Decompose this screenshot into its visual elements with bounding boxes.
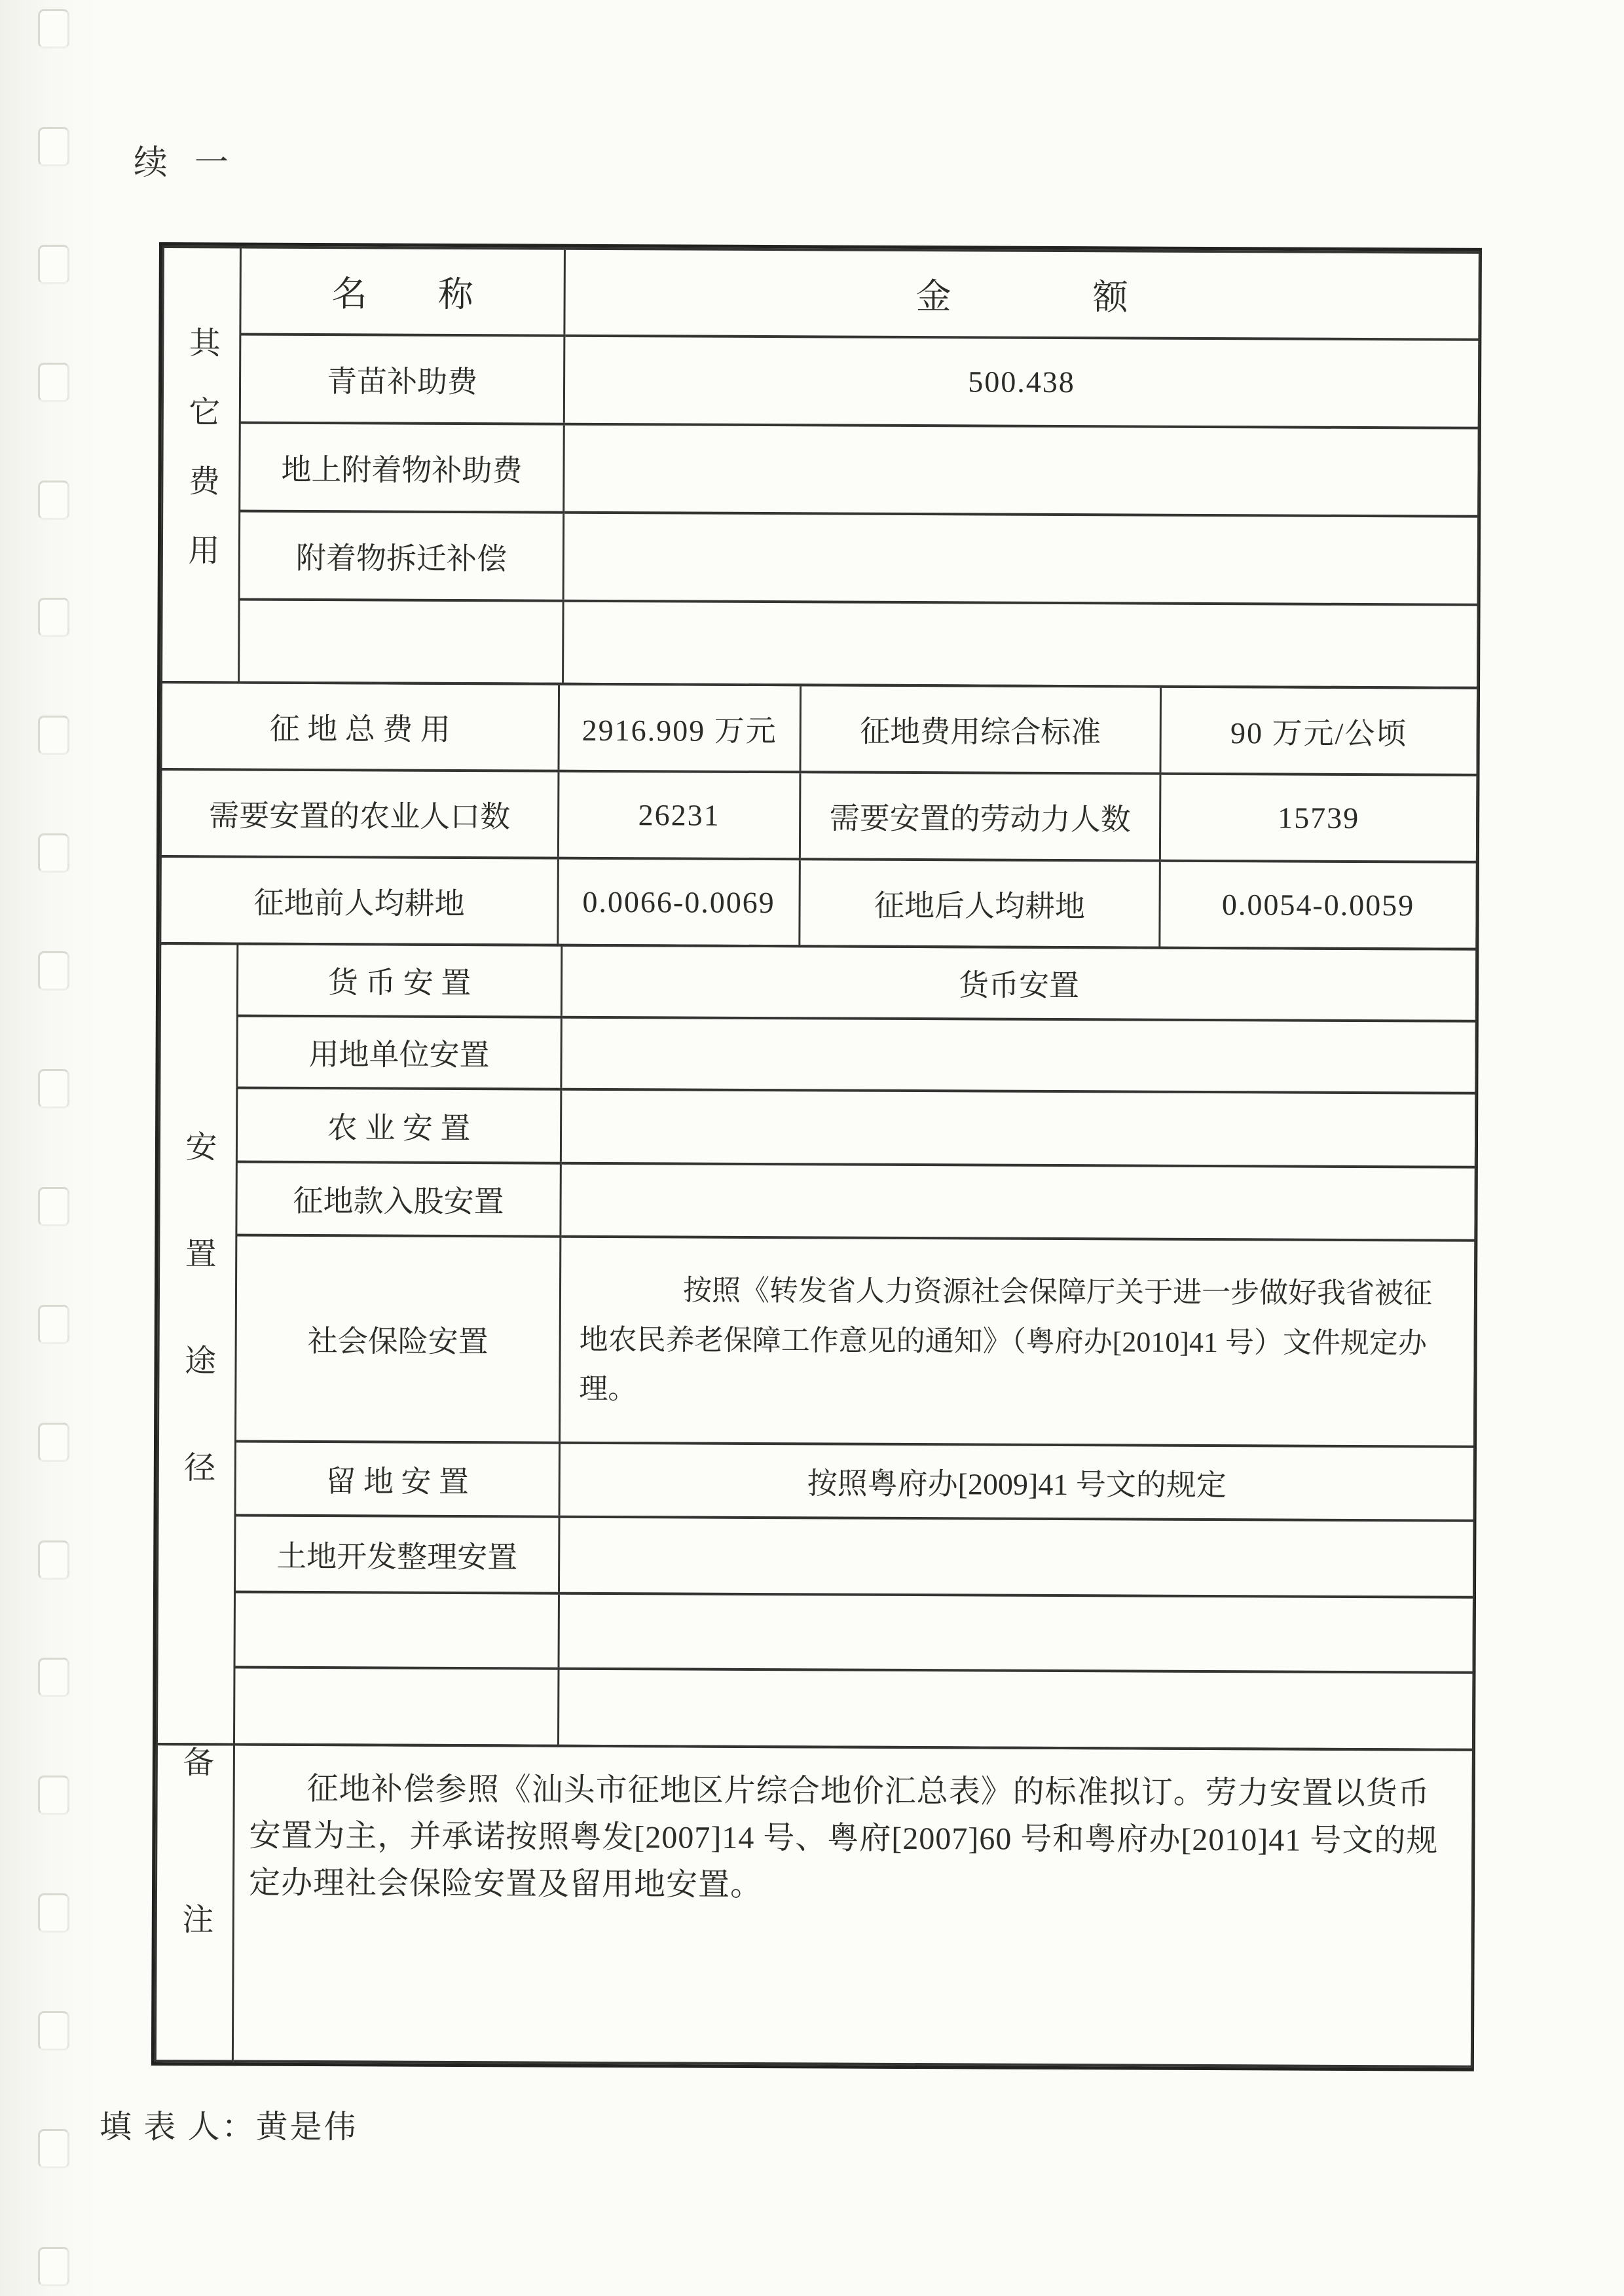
binding-hole bbox=[38, 1305, 69, 1344]
resettlement-name bbox=[234, 1592, 559, 1669]
fee-amount bbox=[563, 513, 1479, 605]
binding-hole bbox=[38, 2129, 69, 2168]
binding-hole bbox=[38, 127, 69, 166]
binding-hole bbox=[38, 363, 69, 402]
binding-hole bbox=[38, 951, 69, 991]
resettlement-value: 按照粤府办[2009]41 号文的规定 bbox=[559, 1443, 1474, 1521]
section-label-other-fees: 其它费用 bbox=[178, 326, 225, 603]
resettlement-name: 征地款入股安置 bbox=[236, 1162, 561, 1237]
binding-hole bbox=[38, 1187, 69, 1226]
resettlement-value bbox=[561, 1017, 1476, 1093]
binding-hole bbox=[38, 481, 69, 520]
form-filler-line: 填 表 人：黄是伟 bbox=[100, 2102, 358, 2147]
fee-amount bbox=[564, 424, 1479, 517]
resettlement-side-label: 安置途径 bbox=[157, 943, 237, 1745]
remarks-text: 征地补偿参照《汕头市征地区片综合地价汇总表》的标准拟订。劳力安置以货币安置为主，… bbox=[232, 1745, 1473, 2067]
summary-label: 征地费用综合标准 bbox=[800, 685, 1161, 773]
summary-value: 0.0066-0.0069 bbox=[558, 858, 800, 947]
other-fees-section: 其它费用 名 称 金 额 青苗补助费 500.438 地上附着物补助费 附着物拆… bbox=[160, 246, 1481, 689]
resettlement-name: 货 币 安 置 bbox=[237, 944, 561, 1017]
resettlement-name: 土地开发整理安置 bbox=[235, 1516, 560, 1594]
binding-hole bbox=[38, 1776, 69, 1815]
resettlement-name: 农 业 安 置 bbox=[236, 1088, 561, 1163]
land-compensation-table: 其它费用 名 称 金 额 青苗补助费 500.438 地上附着物补助费 附着物拆… bbox=[151, 242, 1482, 2071]
remarks-section: 备注 征地补偿参照《汕头市征地区片综合地价汇总表》的标准拟订。劳力安置以货币安置… bbox=[155, 1743, 1474, 2068]
binding-hole bbox=[38, 2011, 69, 2050]
section-label-remarks: 备注 bbox=[172, 1745, 218, 2060]
fee-name bbox=[239, 600, 564, 684]
remarks-side-label: 备注 bbox=[155, 1744, 234, 2062]
binding-hole bbox=[38, 2247, 69, 2286]
summary-value: 90 万元/公顷 bbox=[1160, 687, 1478, 775]
binding-hole bbox=[38, 1658, 69, 1697]
resettlement-name: 留 地 安 置 bbox=[235, 1442, 559, 1517]
binding-hole bbox=[38, 9, 69, 48]
continuation-label: 续 一 bbox=[134, 135, 238, 184]
resettlement-value bbox=[558, 1669, 1473, 1750]
summary-label: 需要安置的劳动力人数 bbox=[800, 772, 1160, 860]
binding-hole bbox=[38, 598, 69, 637]
binding-hole bbox=[38, 833, 69, 873]
summary-value: 2916.909 万元 bbox=[559, 684, 801, 773]
scanned-form-page: { "colors": { "ink": "#2b2b29", "table_b… bbox=[0, 0, 1624, 2296]
binding-hole bbox=[38, 245, 69, 284]
binding-hole bbox=[38, 1893, 69, 1933]
resettlement-value bbox=[561, 1163, 1475, 1241]
column-header-amount: 金 额 bbox=[564, 249, 1480, 340]
fee-name: 附着物拆迁补偿 bbox=[239, 511, 564, 601]
column-header-name: 名 称 bbox=[240, 247, 565, 336]
summary-section: 征 地 总 费 用 2916.909 万元 征地费用综合标准 90 万元/公顷 … bbox=[159, 681, 1479, 951]
binding-hole bbox=[38, 716, 69, 755]
summary-value: 15739 bbox=[1160, 774, 1477, 862]
summary-label: 征地后人均耕地 bbox=[800, 859, 1160, 947]
summary-label: 需要安置的农业人口数 bbox=[160, 769, 559, 858]
fee-amount: 500.438 bbox=[564, 336, 1479, 428]
binding-hole bbox=[38, 1423, 69, 1462]
summary-label: 征 地 总 费 用 bbox=[161, 682, 559, 771]
resettlement-value bbox=[559, 1517, 1474, 1597]
other-fees-side-label: 其它费用 bbox=[162, 247, 241, 683]
resettlement-name bbox=[234, 1667, 559, 1746]
resettlement-name: 社会保险安置 bbox=[236, 1235, 561, 1443]
resettlement-value-social-insurance: 按照《转发省人力资源社会保障厅关于进一步做好我省被征地农民养老保障工作意见的通知… bbox=[560, 1237, 1475, 1447]
binding-holes bbox=[38, 9, 69, 2286]
binding-hole bbox=[38, 1540, 69, 1580]
summary-label: 征地前人均耕地 bbox=[160, 856, 559, 945]
resettlement-name: 用地单位安置 bbox=[237, 1016, 561, 1089]
resettlement-section: 安置途径 货 币 安 置 货币安置 用地单位安置 农 业 安 置 征地款入股安置… bbox=[156, 942, 1477, 1751]
resettlement-value bbox=[561, 1089, 1475, 1167]
fee-name: 地上附着物补助费 bbox=[240, 423, 564, 513]
resettlement-value bbox=[559, 1594, 1473, 1673]
fee-name: 青苗补助费 bbox=[240, 335, 564, 424]
summary-value: 0.0054-0.0059 bbox=[1160, 861, 1477, 949]
binding-hole bbox=[38, 1069, 69, 1108]
section-label-resettlement: 安置途径 bbox=[174, 1130, 221, 1558]
summary-value: 26231 bbox=[558, 771, 800, 860]
fee-amount bbox=[563, 601, 1479, 688]
resettlement-value: 货币安置 bbox=[561, 945, 1476, 1021]
